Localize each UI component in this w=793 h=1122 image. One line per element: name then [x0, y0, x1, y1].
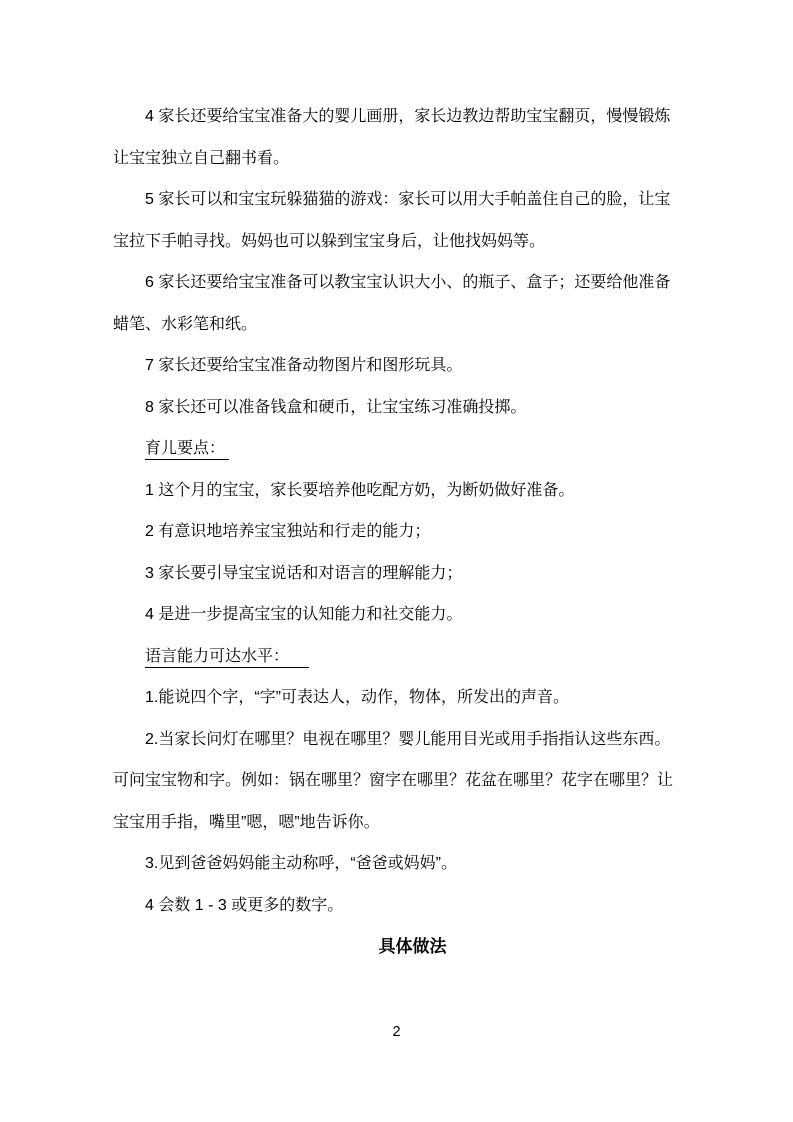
paragraph-line: 6 家长还要给宝宝准备可以教宝宝认识大小、的瓶子、盒子；还要给他准备	[113, 262, 680, 304]
paragraph-line: 4 会数 1 - 3 或更多的数字。	[113, 885, 680, 927]
section-heading-language-level: 语言能力可达水平：	[113, 636, 680, 678]
paragraph-line: 5 家长可以和宝宝玩躲猫猫的游戏：家长可以用大手帕盖住自己的脸，让宝	[113, 179, 680, 221]
paragraph-line: 1 这个月的宝宝，家长要培养他吃配方奶，为断奶做好准备。	[113, 470, 680, 512]
paragraph-line: 3 家长要引导宝宝说话和对语言的理解能力；	[113, 553, 680, 595]
paragraph-line: 2 有意识地培养宝宝独站和行走的能力；	[113, 511, 680, 553]
section-heading-underlined-text: 育儿要点：	[145, 440, 229, 460]
paragraph-line: 1.能说四个字，“字”可表达人，动作，物体，所发出的声音。	[113, 677, 680, 719]
paragraph-line: 4 是进一步提高宝宝的认知能力和社交能力。	[113, 594, 680, 636]
section-heading-underlined-text: 语言能力可达水平：	[145, 648, 309, 668]
center-heading-specific-methods: 具体做法	[113, 926, 680, 968]
paragraph-line: 宝宝用手指，嘴里”嗯，嗯”地告诉你。	[113, 802, 680, 844]
paragraph-line: 3.见到爸爸妈妈能主动称呼，“爸爸或妈妈”。	[113, 843, 680, 885]
paragraph-line: 8 家长还可以准备钱盒和硬币，让宝宝练习准确投掷。	[113, 387, 680, 429]
paragraph-line: 让宝宝独立自己翻书看。	[113, 138, 680, 180]
paragraph-line: 宝拉下手帕寻找。妈妈也可以躲到宝宝身后，让他找妈妈等。	[113, 221, 680, 263]
paragraph-line: 4 家长还要给宝宝准备大的婴儿画册，家长边教边帮助宝宝翻页，慢慢锻炼	[113, 96, 680, 138]
paragraph-line: 2.当家长问灯在哪里？电视在哪里？婴儿能用目光或用手指指认这些东西。	[113, 719, 680, 761]
document-body: 4 家长还要给宝宝准备大的婴儿画册，家长边教边帮助宝宝翻页，慢慢锻炼 让宝宝独立…	[113, 96, 680, 968]
paragraph-line: 7 家长还要给宝宝准备动物图片和图形玩具。	[113, 345, 680, 387]
paragraph-line: 可问宝宝物和字。例如：锅在哪里？窗字在哪里？花盆在哪里？花字在哪里？让	[113, 760, 680, 802]
section-heading-parenting-points: 育儿要点：	[113, 428, 680, 470]
page-number: 2	[0, 1023, 793, 1041]
paragraph-line: 蜡笔、水彩笔和纸。	[113, 304, 680, 346]
document-page: 4 家长还要给宝宝准备大的婴儿画册，家长边教边帮助宝宝翻页，慢慢锻炼 让宝宝独立…	[0, 0, 793, 1122]
